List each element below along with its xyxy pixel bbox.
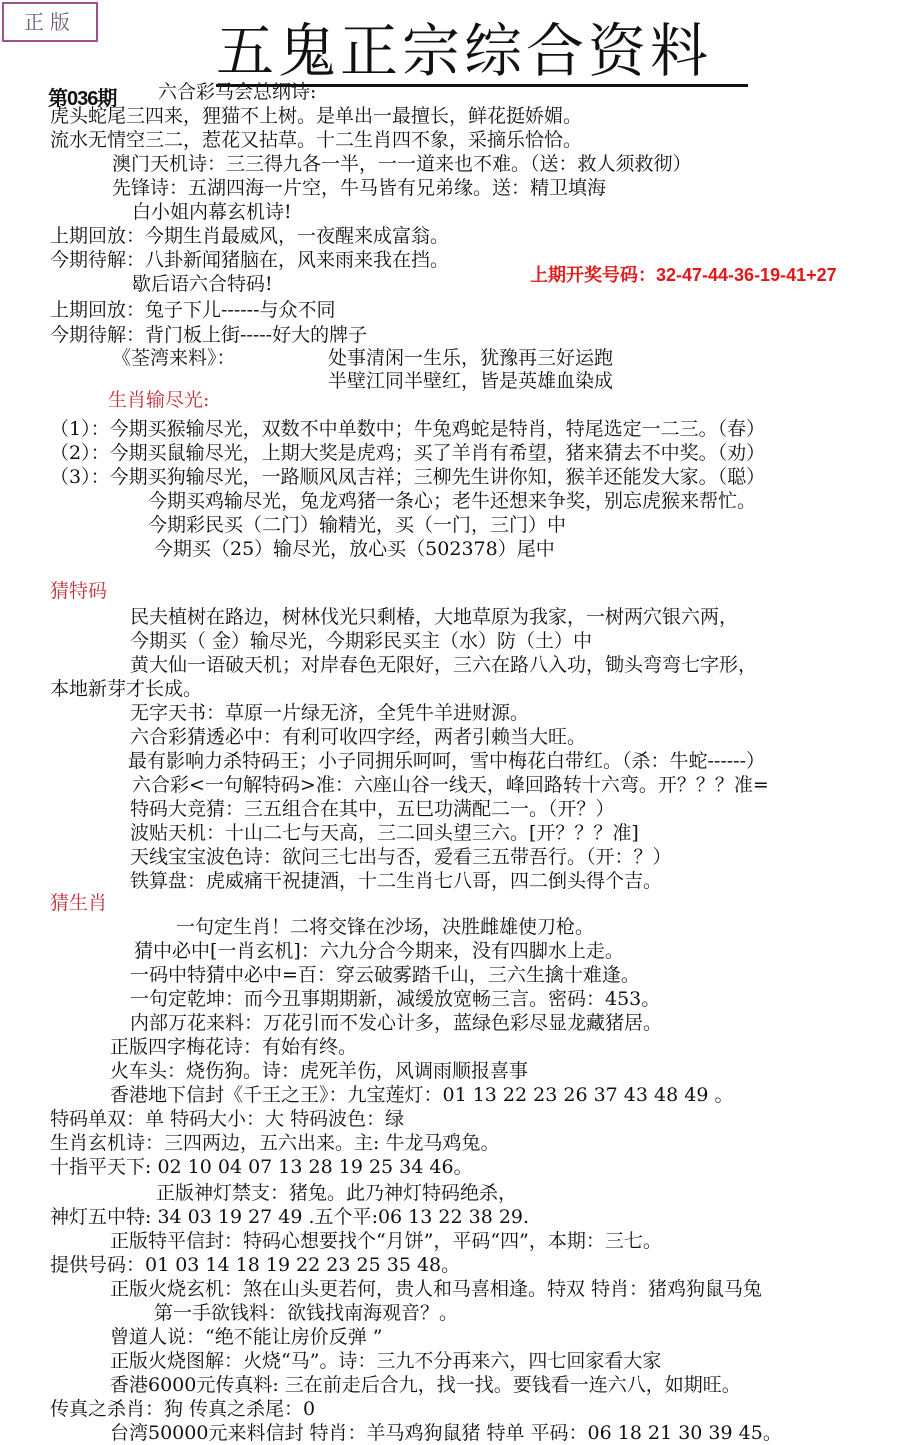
text-line: 正版火烧图解：火烧“马”。诗：三九不分再来六，四七回家看大家 <box>110 1349 661 1373</box>
text-line: 白小姐内幕玄机诗! <box>132 200 292 224</box>
text-line: 传真之杀肖：狗 传真之杀尾：0 <box>50 1397 315 1421</box>
text-line: 半壁江同半壁红，皆是英雄血染成 <box>328 369 613 393</box>
text-line: 一句定生肖！二将交锋在沙场，决胜雌雄使刀枪。 <box>176 915 594 939</box>
text-line: 今期待解：八卦新闻猪脑在，风来雨来我在挡。 <box>50 248 449 272</box>
text-line: 特码大竞猜：三五组合在其中，五巳功满配二一。（开？） <box>130 797 615 821</box>
text-line: 香港地下信封《千王之王》：九宝莲灯：01 13 22 23 26 37 43 4… <box>110 1083 733 1107</box>
text-line: 今期买鸡输尽光，兔龙鸡猪一条心；老牛还想来争奖，别忘虎猴来帮忙。 <box>148 489 756 513</box>
text-line: 虎头蛇尾三四来，狸猫不上树。是单出一最擅长，鲜花挺娇媚。 <box>50 104 582 128</box>
text-line: 正版火烧玄机：煞在山头更若何，贵人和马喜相逢。特双 特肖：猪鸡狗鼠马兔 <box>110 1277 762 1301</box>
text-line: 上期回放：兔子下儿------与众不同 <box>50 298 336 322</box>
text-line: 猜中必中[一肖玄机]：六九分合今期来，没有四脚水上走。 <box>134 939 624 963</box>
text-line: （1）：今期买猴输尽光，双数不中单数中；牛兔鸡蛇是特肖，特尾选定一二三。（春） <box>50 417 765 441</box>
text-line: 六合彩<一句解特码>准：六座山谷一线天，峰回路转十六弯。开？？？准= <box>132 773 769 797</box>
text-line: 上期回放：今期生肖最威风，一夜醒来成富翁。 <box>50 224 449 248</box>
section-heading: 猜生肖 <box>50 891 107 915</box>
text-line: 天线宝宝波色诗：欲问三七出与否，爱看三五带吾行。（开：？） <box>130 845 672 869</box>
text-line: 第一手欲钱料：欲钱找南海观音？。 <box>154 1301 458 1325</box>
section-heading: 猜特码 <box>50 579 107 603</box>
text-line: 澳门天机诗：三三得九各一半，一一道来也不难。（送：救人须救彻） <box>112 152 692 176</box>
text-line: 先锋诗：五湖四海一片空，牛马皆有兄弟缘。送：精卫填海 <box>112 176 606 200</box>
text-line: 六合彩猜透必中：有利可收四字经，两者引赖当大旺。 <box>130 725 586 749</box>
text-line: 无字天书：草原一片绿无济，全凭牛羊进财源。 <box>130 701 529 725</box>
text-line: 内部万花来料：万花引而不发心计多，蓝绿色彩尽显龙藏猪居。 <box>130 1011 662 1035</box>
text-line: 特码单双：单 特码大小：大 特码波色：绿 <box>50 1107 404 1131</box>
text-line: 一码中特猜中必中=百：穿云破雾踏千山，三六生擒十难逢。 <box>130 963 640 987</box>
text-line: 正版四字梅花诗：有始有终。 <box>110 1035 357 1059</box>
text-line: 神灯五中特: 34 03 19 27 49 .五个平:06 13 22 38 2… <box>50 1205 529 1229</box>
text-line: 铁算盘：虎威痛干祝捷酒，十二生肖七八哥，四二倒头得个吉。 <box>130 869 662 893</box>
text-line: 火车头：烧伤狗。诗：虎死羊伤，风调雨顺报喜事 <box>110 1059 528 1083</box>
text-line: 今期彩民买（二门）输精光，买（一门，三门）中 <box>148 513 566 537</box>
text-line: 六合彩马会总纲诗: <box>158 80 316 104</box>
text-line: 生肖玄机诗：三四两边，五六出来。主: 牛龙马鸡兔。 <box>50 1131 499 1155</box>
last-draw-numbers: 上期开奖号码：32-47-44-36-19-41+27 <box>530 263 837 287</box>
text-line: 歇后语六合特码! <box>132 272 273 296</box>
text-line: 波贴天机：十山二七与天高，三二回头望三六。[开？？？准] <box>130 821 639 845</box>
text-line: 本地新芽才长成。 <box>50 677 202 701</box>
text-line: （3）：今期买狗输尽光，一路顺风凤吉祥；三柳先生讲你知，猴羊还能发大家。（聪） <box>50 465 765 489</box>
page-title: 五鬼正宗综合资料 <box>216 18 748 87</box>
text-line: 十指平天下: 02 10 04 07 13 28 19 25 34 46。 <box>50 1155 473 1179</box>
text-line: 正版特平信封：特码心想要找个“月饼”，平码“四”，本期：三七。 <box>110 1229 662 1253</box>
text-line: 最有影响力杀特码王；小子同拥乐呵呵，雪中梅花白带红。（杀：牛蛇------） <box>128 749 765 773</box>
text-line: 今期买（25）输尽光，放心买（502378）尾中 <box>154 537 555 561</box>
text-line: 香港6000元传真料: 三在前走后合九，找一找。要钱看一连六八，如期旺。 <box>110 1373 741 1397</box>
text-line: 处事清闲一生乐，犹豫再三好运跑 <box>328 346 613 370</box>
text-line: 一句定乾坤：而今丑事期期新，减缓放宽畅三言。密码：453。 <box>130 987 660 1011</box>
text-line: 正版神灯禁支：猪兔。此乃神灯特码绝杀， <box>156 1181 517 1205</box>
text-line: 黄大仙一语破天机；对岸春色无限好，三六在路八入功，锄头弯弯七字形， <box>130 653 757 677</box>
section-heading: 生肖输尽光: <box>108 388 209 412</box>
text-line: 台湾50000元来料信封 特肖：羊马鸡狗鼠猪 特单 平码：06 18 21 30… <box>110 1421 782 1445</box>
authentic-badge: 正版 <box>2 2 98 42</box>
text-line: 今期待解：背门板上街-----好大的牌子 <box>50 323 367 347</box>
text-line: 提供号码：01 03 14 18 19 22 23 25 35 48。 <box>50 1253 460 1277</box>
text-line: 流水无情空三二，惹花又拈草。十二生肖四不象，采摘乐恰恰。 <box>50 128 582 152</box>
text-line: 民夫植树在路边，树林伐光只剩椿，大地草原为我家，一树两穴银六两， <box>130 605 738 629</box>
text-line: 《荃湾来料》： <box>112 346 236 370</box>
text-line: （2）：今期买鼠输尽光，上期大奖是虎鸡；买了羊肖有希望，猪来猜去不中奖。（劝） <box>50 441 765 465</box>
text-line: 曾道人说：“绝不能让房价反弹 ” <box>110 1325 382 1349</box>
text-line: 今期买（ 金）输尽光，今期彩民买主（水）防（土）中 <box>130 629 592 653</box>
